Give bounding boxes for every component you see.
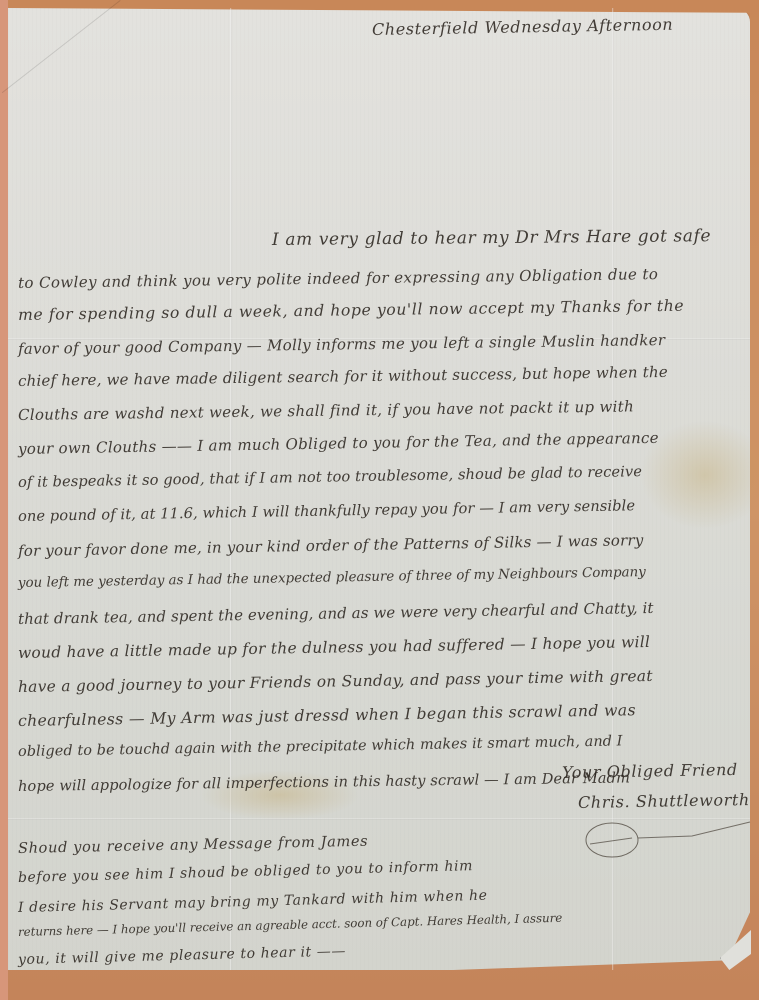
letter-opening-line: I am very glad to hear my Dr Mrs Hare go…	[272, 226, 711, 250]
letter-closing: Your Obliged Friend	[562, 760, 738, 782]
table-surface-edge	[0, 0, 8, 1000]
fold-crease-vertical	[230, 8, 232, 970]
signature-flourish-icon	[582, 812, 752, 862]
letter-signature: Chris. Shuttleworth	[578, 790, 750, 812]
